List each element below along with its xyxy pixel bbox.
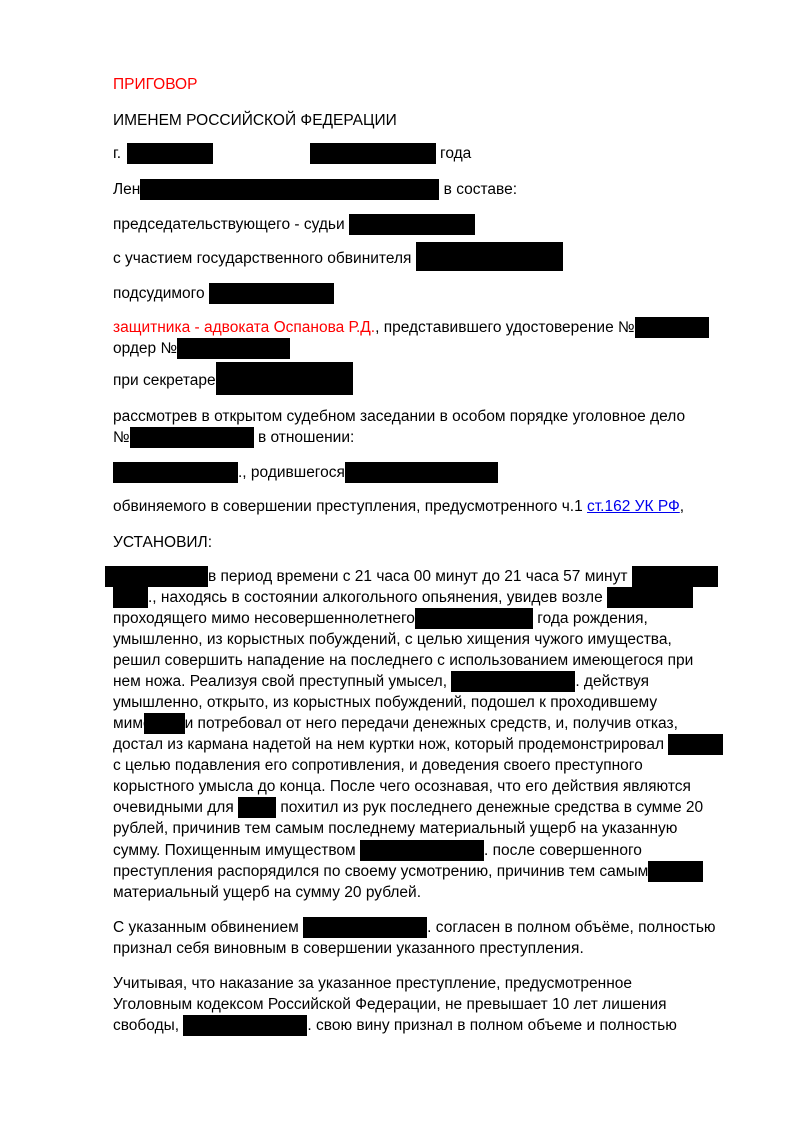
redaction xyxy=(105,566,208,587)
p1-line: сумму. Похищенным имуществом . после сов… xyxy=(113,840,642,861)
document-title: ПРИГОВОР xyxy=(113,74,197,95)
p1-line: корыстного умысла до конца. После чего о… xyxy=(113,776,691,797)
redaction xyxy=(113,587,148,608)
p1-line: рублей, причинив тем самым последнему ма… xyxy=(113,818,677,839)
p1-line: проходящего мимо несовершеннолетнего год… xyxy=(113,608,648,629)
court-line: Лен в составе: xyxy=(113,179,517,200)
p1-line: материальный ущерб на сумму 20 рублей. xyxy=(113,882,421,903)
redaction xyxy=(303,917,427,938)
p1-line: умышленно, открыто, из корыстных побужде… xyxy=(113,692,657,713)
secretary-line: при секретаре xyxy=(113,370,353,391)
p1-line: мимои потребовал от него передачи денежн… xyxy=(113,713,678,734)
defendant-line: подсудимого xyxy=(113,283,334,304)
p1-line: преступления распорядился по своему усмо… xyxy=(113,861,703,882)
redaction xyxy=(130,427,254,448)
redaction xyxy=(209,283,334,304)
redaction xyxy=(648,861,703,882)
order-line: ордер № xyxy=(113,338,290,359)
redaction xyxy=(632,566,718,587)
p1-line: в период времени с 21 часа 00 минут до 2… xyxy=(105,566,718,587)
p1-line: очевидными для похитил из рук последнего… xyxy=(113,797,703,818)
redaction xyxy=(415,608,533,629)
defender-name: защитника - адвоката Оспанова Р.Д. xyxy=(113,319,375,336)
p1-line: умышленно, из корыстных побуждений, с це… xyxy=(113,629,672,650)
redaction xyxy=(451,671,575,692)
document-heading: ИМЕНЕМ РОССИЙСКОЙ ФЕДЕРАЦИИ xyxy=(113,110,397,131)
p2-line: признал себя виновным в совершении указа… xyxy=(113,938,584,959)
p1-line: с целью подавления его сопротивления, и … xyxy=(113,755,643,776)
redaction xyxy=(345,462,498,483)
redaction xyxy=(416,242,563,271)
p3-line: Уголовным кодексом Российской Федерации,… xyxy=(113,994,667,1015)
p3-line: свободы, . свою вину признал в полном об… xyxy=(113,1015,677,1036)
redaction xyxy=(360,840,484,861)
redaction xyxy=(238,797,276,818)
prosecutor-line: с участием государственного обвинителя xyxy=(113,248,563,269)
established-heading: УСТАНОВИЛ: xyxy=(113,532,212,553)
born-line: ., родившегося xyxy=(113,462,498,483)
city-date-line: г. года xyxy=(113,143,471,164)
p1-line: ., находясь в состоянии алкогольного опь… xyxy=(113,587,693,608)
p1-line: решил совершить нападение на последнего … xyxy=(113,650,693,671)
case-line-2: № в отношении: xyxy=(113,427,354,448)
p3-line: Учитывая, что наказание за указанное пре… xyxy=(113,973,632,994)
redaction xyxy=(177,338,290,359)
redaction xyxy=(144,713,185,734)
p1-line: достал из кармана надетой на нем куртки … xyxy=(113,734,723,755)
case-line-1: рассмотрев в открытом судебном заседании… xyxy=(113,406,685,427)
judge-line: председательствующего - судьи xyxy=(113,214,475,235)
redaction xyxy=(216,362,353,395)
defender-line: защитника - адвоката Оспанова Р.Д., пред… xyxy=(113,317,709,338)
redaction xyxy=(668,734,723,755)
article-link[interactable]: ст.162 УК РФ xyxy=(587,498,680,515)
redaction xyxy=(349,214,475,235)
p2-line: С указанным обвинением . согласен в полн… xyxy=(113,917,716,938)
redaction xyxy=(183,1015,307,1036)
redaction xyxy=(310,143,436,164)
redaction xyxy=(113,462,238,483)
redaction xyxy=(140,179,439,200)
redaction xyxy=(127,143,213,164)
charge-line: обвиняемого в совершении преступления, п… xyxy=(113,496,684,517)
p1-line: нем ножа. Реализуя свой преступный умысе… xyxy=(113,671,649,692)
redaction xyxy=(635,317,709,338)
redaction xyxy=(607,587,693,608)
